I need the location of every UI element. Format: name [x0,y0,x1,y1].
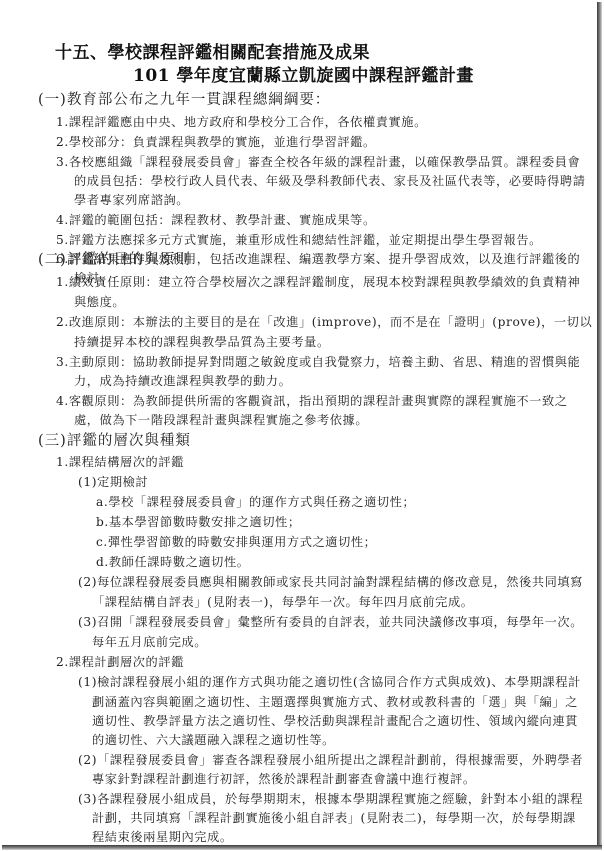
text-line: 與態度。 [74,296,125,308]
text-line: 的適切性、六大議題融入課程之適切性等。 [92,734,335,746]
section-3-heading: (三)評鑑的層次與種類 [38,434,191,449]
text-line: 「課程結構自評表」(見附表一)，每學年一次。每年四月底前完成。 [92,596,474,608]
page-shadow-bottom [2,845,602,850]
text-line: (2)每位課程發展委員應與相關教師或家長共同討論對課程結構的修改意見，然後共同填… [78,576,583,588]
text-line: (3)各課程發展小組成員，於每學期期末，根據本學期課程實施之經驗，針對本小組的課… [78,793,583,805]
text-line: 4.評鑑的範圍包括：課程教材、教學計畫、實施成果等。 [56,214,376,226]
page-shadow-right [597,2,602,849]
text-line: 專家針對課程計劃進行初評，然後於課程計劃審查會議中進行複評。 [92,773,476,785]
text-line: (1)檢討課程發展小組的運作方式與功能之適切性(含協同合作方式與成效)、本學期課… [78,676,581,688]
text-line: b.基本學習節數時數安排之適切性； [96,516,301,528]
text-line: 2.學校部分：負責課程與教學的實施，並進行學習評鑑。 [56,136,376,148]
section-2-heading: (二)評鑑的目的與原則 [38,253,191,268]
text-line: 持續提昇本校的課程與教學品質為主要考量。 [74,336,330,348]
text-line: 1.課程評鑑應由中央、地方政府和學校分工合作，各依權責實施。 [56,116,427,128]
text-line: 處，做為下一階段課程計畫與課程實施之參考依據。 [74,414,368,426]
text-line: 1.課程結構層次的評鑑 [56,456,184,468]
text-line: 3.各校應組織「課程發展委員會」審查全校各年級的課程計畫，以確保教學品質。課程委… [56,156,580,168]
text-line: 2.改進原則：本辦法的主要目的是在「改進」(improve)，而不是在「證明」(… [56,316,592,328]
text-line: 劃涵蓋內容與範圍之適切性、主題選擇與實施方式、教材或教科書的「選」與「編」之 [92,696,578,708]
text-line: 程結束後兩星期內完成。 [92,831,233,843]
text-line: 4.客觀原則：為教師提供所需的客觀資訊，指出預期的課程計畫與實際的課程實施不一致… [56,395,568,407]
text-line: 3.主動原則：協助教師提昇對問題之敏銳度或自我覺察力，培養主動、省思、精進的習慣… [56,356,580,368]
text-line: 1.績效責任原則：建立符合學校層次之課程評鑑制度，展現本校對課程與教學績效的負責… [56,276,580,288]
text-line: 的成員包括：學校行政人員代表、年級及學科教師代表、家長及社區代表等，必要時得聘請 [74,175,586,187]
section-heading: 十五、學校課程評鑑相關配套措施及成果 [55,45,370,62]
text-line: a.學校「課程發展委員會」的運作方式與任務之適切性； [96,496,415,508]
text-line: (3)召開「課程發展委員會」彙整所有委員的自評表，並共同決議修改事項，每學年一次… [78,616,583,628]
document-page: 十五、學校課程評鑑相關配套措施及成果 101 學年度宜蘭縣立凱旋國中課程評鑑計畫… [0,0,597,845]
text-line: 5.評鑑方法應採多元方式實施，兼重形成性和總結性評鑑，並定期提出學生學習報告。 [56,234,542,246]
text-line: 力，成為持續改進課程與教學的動力。 [74,375,291,387]
text-line: 每年五月底前完成。 [92,636,207,648]
page-title: 101 學年度宜蘭縣立凱旋國中課程評鑑計畫 [133,68,474,85]
text-line: d.教師任課時數之適切性。 [96,556,250,568]
text-line: (2)「課程發展委員會」審查各課程發展小組所提出之課程計劃前，得根據需要，外聘學… [78,754,583,766]
text-line: 適切性、教學評量方法之適切性、學校活動與課程計畫配合之適切性、領域內縱向連貫 [92,715,578,727]
text-line: (1)定期檢討 [78,476,148,488]
text-line: c.彈性學習節數的時數安排與運用方式之適切性； [96,536,376,548]
text-line: 2.課程計劃層次的評鑑 [56,656,184,668]
text-line: 計劃，共同填寫「課程計劃實施後小組自評表」(見附表二)，每學期一次，於每學期課 [92,812,576,824]
text-line: 學者專家列席諮詢。 [74,194,189,206]
section-1-heading: (一)教育部公布之九年一貫課程總綱綱要： [38,93,330,108]
